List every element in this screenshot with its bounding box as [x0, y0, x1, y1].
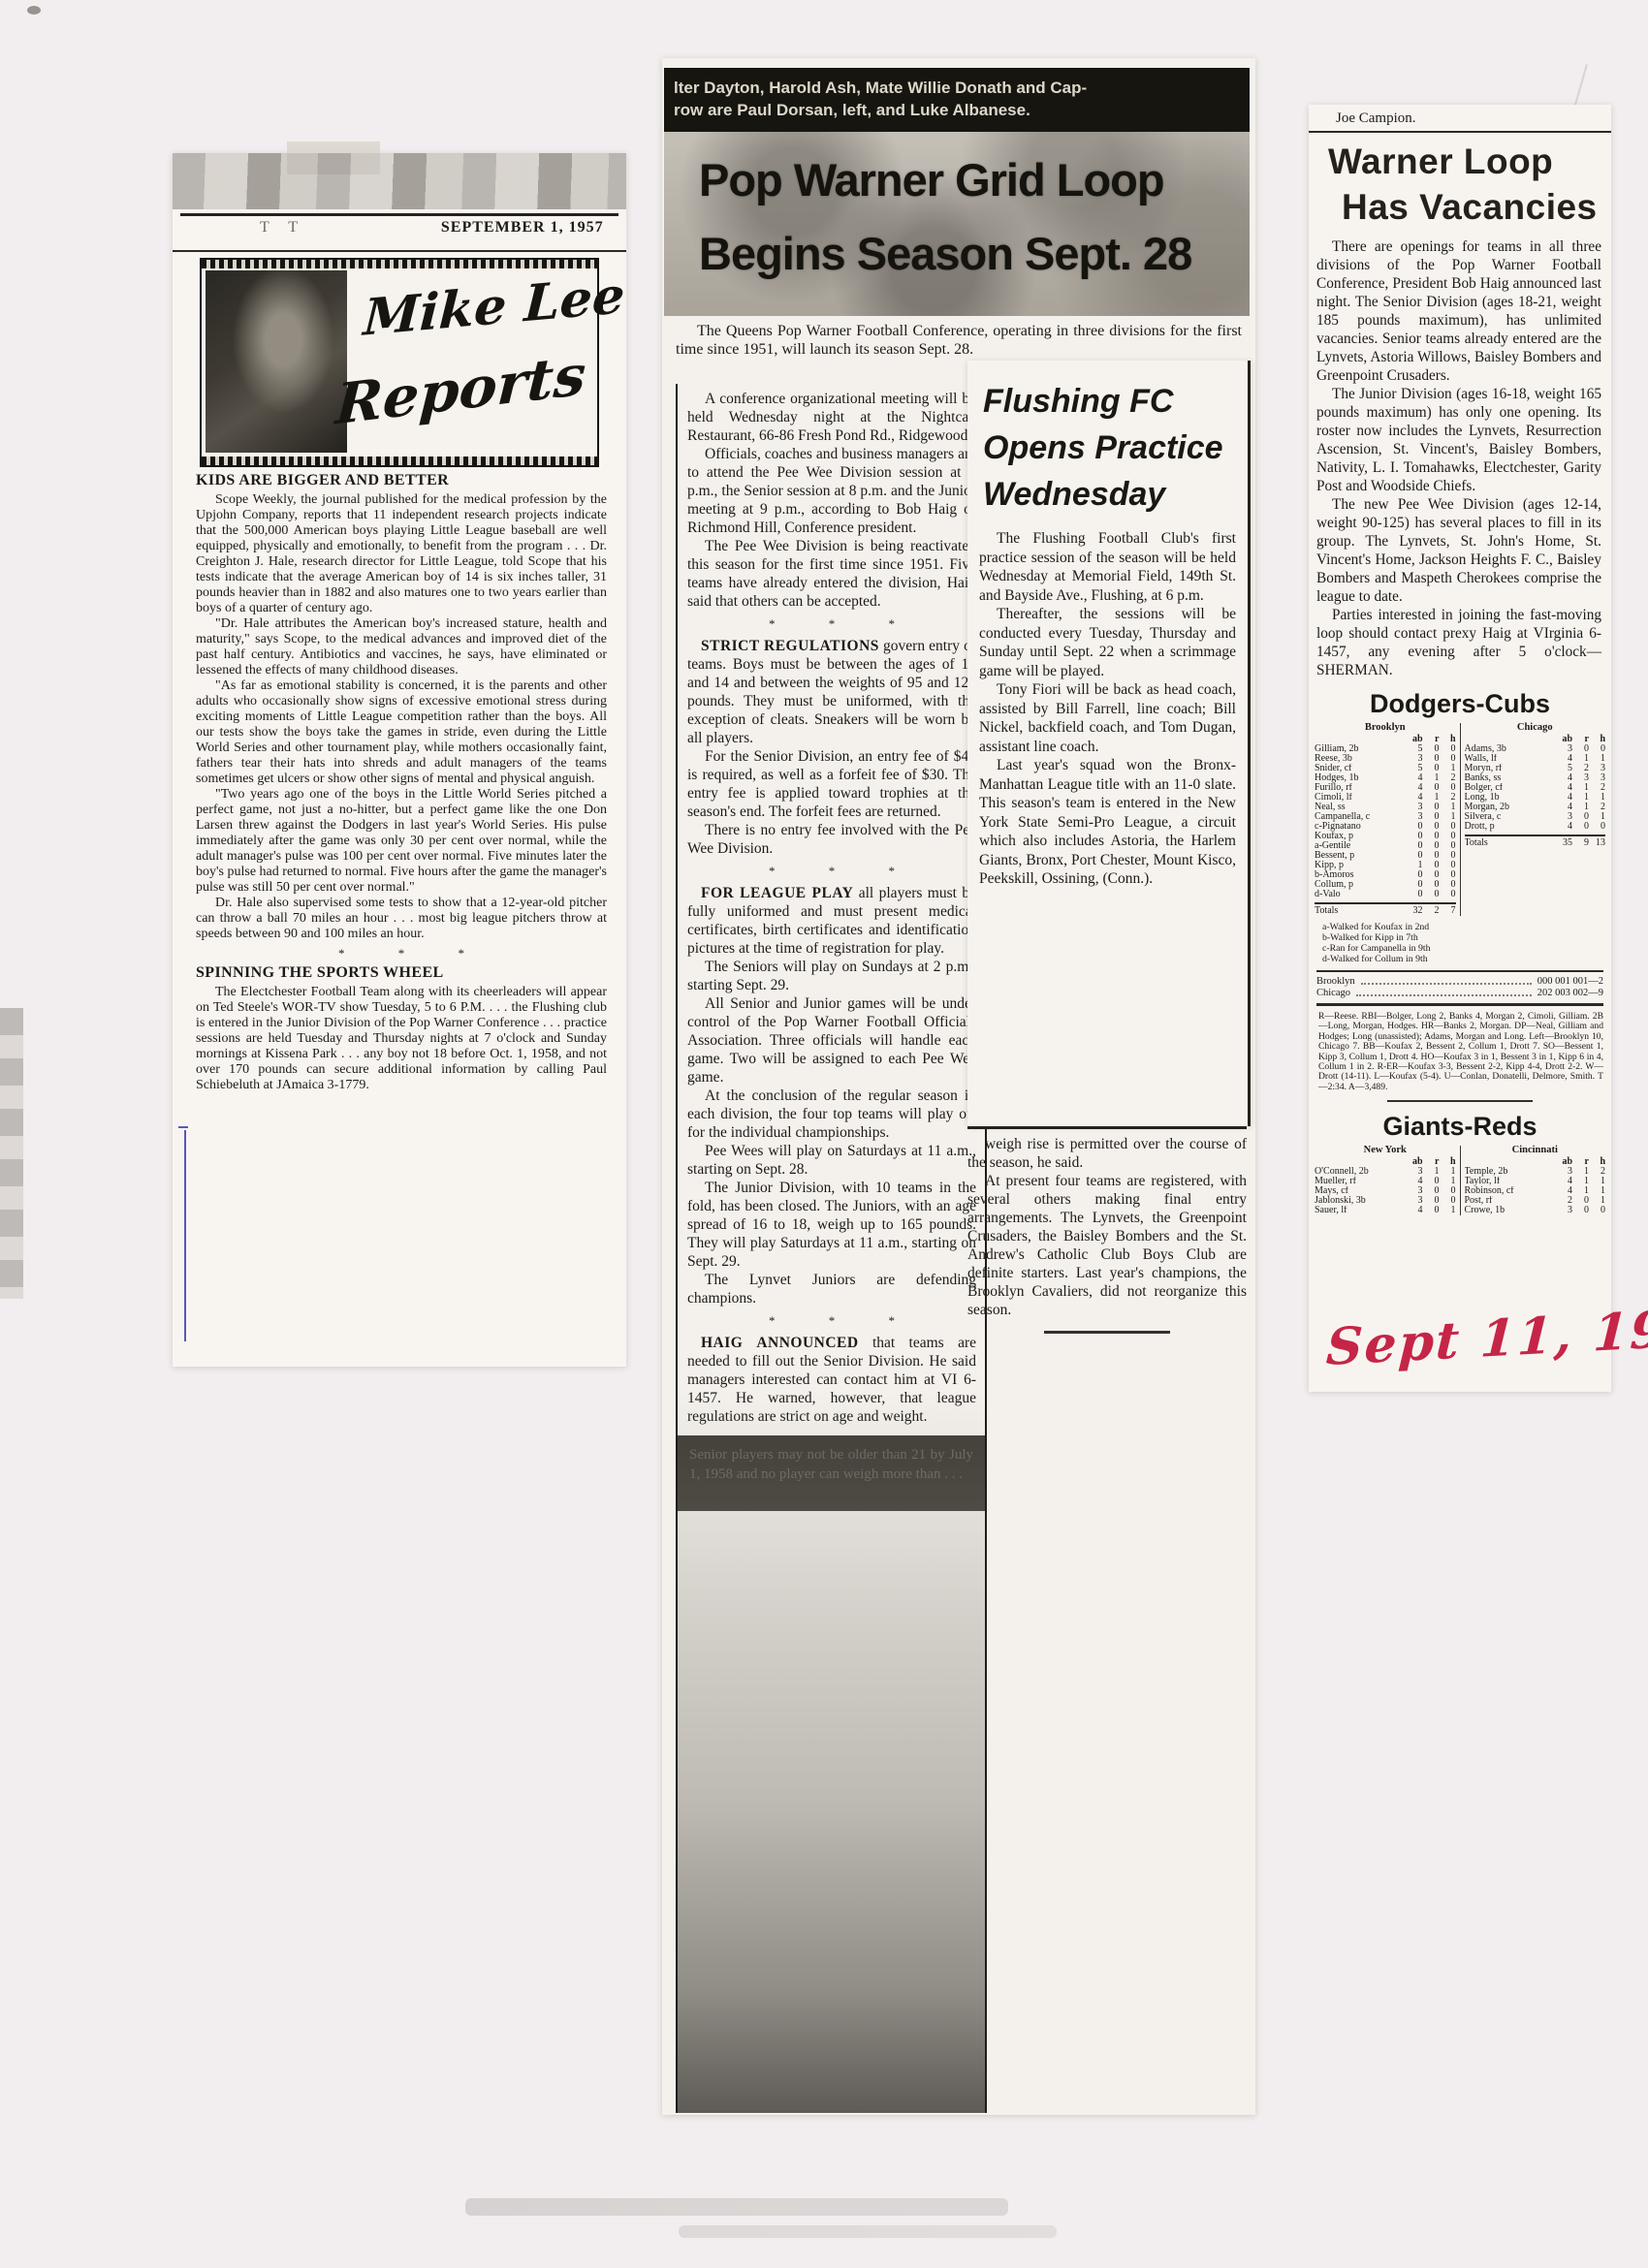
flushing-fc-clipping: Flushing FC Opens Practice Wednesday The…	[967, 361, 1251, 1126]
box-score-cell: Taylor, lf	[1465, 1177, 1557, 1186]
box-score-cell: Post, rf	[1465, 1196, 1557, 1206]
paragraph: Thereafter, the sessions will be conduct…	[979, 605, 1236, 680]
box-score-cell: Totals	[1315, 906, 1407, 916]
paragraph: HAIG ANNOUNCED that teams are needed to …	[687, 1334, 976, 1426]
paragraph: The Junior Division (ages 16-18, weight …	[1316, 385, 1601, 495]
rule	[967, 1126, 1247, 1129]
paragraph: The Lynvet Juniors are defending champio…	[687, 1271, 976, 1307]
box-score-cell: 0	[1572, 822, 1589, 832]
illegible-smudged-text: Senior players may not be older than 21 …	[678, 1435, 985, 1511]
box-score-row: Totals35913	[1465, 838, 1606, 848]
paragraph: STRICT REGULATIONS govern entry of teams…	[687, 637, 976, 747]
box-score-cell: 4	[1407, 1206, 1423, 1215]
team-name: Brooklyn	[1315, 723, 1456, 733]
box-score-cell: 4	[1556, 822, 1572, 832]
box-score-cell	[1315, 735, 1407, 744]
column-body: KIDS ARE BIGGER AND BETTER Scope Weekly,…	[196, 473, 607, 1093]
paragraph-lead: STRICT REGULATIONS	[701, 638, 879, 654]
box-score-cell: Brooklyn	[1316, 976, 1537, 988]
paragraph: There is no entry fee involved with the …	[687, 821, 976, 858]
caption-line1: lter Dayton, Harold Ash, Mate Willie Don…	[674, 77, 1250, 99]
paragraph: weigh rise is permitted over the course …	[967, 1135, 1247, 1172]
paragraph: Officials, coaches and business managers…	[687, 445, 976, 537]
box-score-home: Chicago abrh Adams, 3b300Walls, lf411Mor…	[1460, 723, 1606, 916]
section-divider-stars: * * *	[713, 614, 976, 633]
box-score-cell: 9	[1572, 838, 1589, 848]
headline-block: Flushing FC Opens Practice Wednesday	[967, 361, 1248, 523]
paragraph: "Two years ago one of the boys in the Li…	[196, 787, 607, 896]
box-score-cell: 0	[1589, 1206, 1605, 1215]
box-score-cell: Collum, p	[1315, 880, 1407, 890]
paragraph: The Junior Division, with 10 teams in th…	[687, 1179, 976, 1271]
masthead-title-line1: Mike Lee	[362, 266, 626, 347]
paragraph: There are openings for teams in all thre…	[1316, 237, 1601, 385]
box-score-cell: 000 001 001—2	[1537, 976, 1603, 988]
box-score-cell: b-Amoros	[1315, 870, 1407, 880]
paragraph: The new Pee Wee Division (ages 12-14, we…	[1316, 495, 1601, 606]
box-score-cell: 0	[1572, 1206, 1589, 1215]
article-body: There are openings for teams in all thre…	[1309, 230, 1611, 679]
hatch-border	[202, 260, 597, 268]
box-score-cell: Mueller, rf	[1315, 1177, 1407, 1186]
box-score-cell: Mays, cf	[1315, 1186, 1407, 1196]
box-score-cell: Jablonski, 3b	[1315, 1196, 1407, 1206]
rule	[1309, 131, 1611, 133]
note: b-Walked for Kipp in 7th	[1322, 932, 1601, 943]
paragraph-lead: FOR LEAGUE PLAY	[701, 885, 853, 901]
headline-line1: Warner Loop	[1328, 139, 1611, 184]
box-score-cell: Campanella, c	[1315, 812, 1407, 822]
date-header: SEPTEMBER 1, 1957	[173, 219, 604, 236]
box-score-rows: Gilliam, 2b500Reese, 3b300Snider, cf501H…	[1315, 744, 1456, 899]
box-score-cutoff: New York abrh O'Connell, 2b311Mueller, r…	[1309, 1142, 1611, 1256]
box-score-cell	[1465, 1157, 1557, 1167]
box-score-cell: Crowe, 1b	[1465, 1206, 1557, 1215]
paragraph: The Electchester Football Team along wit…	[196, 985, 607, 1093]
box-score-cell: 0	[1423, 1206, 1440, 1215]
box-score-cell	[1465, 735, 1557, 744]
box-score-row: Drott, p400	[1465, 822, 1606, 832]
box-score-cell: Cimoli, lf	[1315, 793, 1407, 803]
box-score-row: Crowe, 1b300	[1465, 1206, 1606, 1215]
box-score-cell: 2	[1423, 906, 1440, 916]
box-score-row: Totals3227	[1315, 906, 1456, 916]
box-score-cell: 202 003 002—9	[1537, 988, 1603, 999]
paragraph: For the Senior Division, an entry fee of…	[687, 747, 976, 821]
box-score-row: Brooklyn000 001 001—2	[1316, 976, 1603, 988]
hatch-border	[202, 457, 597, 465]
team-name: Chicago	[1465, 723, 1606, 733]
paragraph: Scope Weekly, the journal published for …	[196, 492, 607, 616]
box-score-cell: Hodges, 1b	[1315, 773, 1407, 783]
section-heading: SPINNING THE SPORTS WHEEL	[196, 965, 607, 981]
scan-smudge	[679, 2225, 1057, 2238]
section-divider-stars: * * *	[713, 862, 976, 880]
headline-block: Pop Warner Grid Loop Begins Season Sept.…	[664, 132, 1250, 316]
box-score-cell: Bolger, cf	[1465, 783, 1557, 793]
scan-edge-marks	[0, 1008, 23, 1299]
box-score-cell: Koufax, p	[1315, 832, 1407, 841]
column-masthead: Mike Lee Reports	[200, 258, 599, 467]
paragraph: "As far as emotional stability is concer…	[196, 678, 607, 787]
mike-lee-reports-clipping: T T SEPTEMBER 1, 1957 Mike Lee Reports K…	[173, 153, 626, 1367]
scan-smudge	[465, 2198, 1008, 2216]
paragraph: "Dr. Hale attributes the American boy's …	[196, 616, 607, 678]
box-score-cell: Reese, 3b	[1315, 754, 1407, 764]
box-score-cell: 0	[1440, 890, 1456, 899]
box-score-cell: Temple, 2b	[1465, 1167, 1557, 1177]
box-score-cell: 0	[1407, 890, 1423, 899]
paragraph: Parties interested in joining the fast-m…	[1316, 606, 1601, 679]
headline-line1: Flushing FC	[983, 378, 1248, 425]
box-score-cell: Sauer, lf	[1315, 1206, 1407, 1215]
game-summary: R—Reese. RBI—Bolger, Long 2, Banks 4, Mo…	[1309, 1006, 1611, 1092]
box-score-cell: a-Gentile	[1315, 841, 1407, 851]
box-score-title: Dodgers-Cubs	[1309, 689, 1611, 719]
box-score-cell: Long, 1b	[1465, 793, 1557, 803]
article-column: A conference organizational meeting will…	[676, 384, 987, 2113]
box-score-home: Cincinnati abrh Temple, 2b312Taylor, lf4…	[1460, 1146, 1606, 1215]
headline-line1: Pop Warner Grid Loop	[699, 153, 1164, 206]
box-score-away: New York abrh O'Connell, 2b311Mueller, r…	[1315, 1146, 1460, 1215]
intro-paragraph: The Queens Pop Warner Football Conferenc…	[676, 322, 1242, 359]
headline-block: Warner Loop Has Vacancies	[1309, 139, 1611, 230]
box-score-cell: 7	[1440, 906, 1456, 916]
note: c-Ran for Campanella in 9th	[1322, 943, 1601, 954]
box-score-totals: Totals35913	[1465, 835, 1606, 848]
box-score-cell: 32	[1407, 906, 1423, 916]
box-score-cell: Furillo, rf	[1315, 783, 1407, 793]
section-divider-stars: * * *	[221, 946, 607, 961]
blue-pen-mark	[184, 1130, 186, 1341]
box-score-cell: Moryn, rf	[1465, 764, 1557, 773]
team-name: New York	[1315, 1146, 1456, 1155]
paragraph: All Senior and Junior games will be unde…	[687, 994, 976, 1087]
box-score-cell: Kipp, p	[1315, 861, 1407, 870]
rule	[173, 250, 626, 252]
box-score-cell: Banks, ss	[1465, 773, 1557, 783]
rule	[180, 213, 618, 216]
box-score-cell: Walls, lf	[1465, 754, 1557, 764]
paragraph: At present four teams are registered, wi…	[967, 1172, 1247, 1319]
box-score-totals: Totals3227	[1315, 902, 1456, 916]
box-score-cell: Snider, cf	[1315, 764, 1407, 773]
section-heading: KIDS ARE BIGGER AND BETTER	[196, 473, 607, 488]
box-score-cell: Silvera, c	[1465, 812, 1557, 822]
article-column-continuation: weigh rise is permitted over the course …	[967, 1126, 1247, 1334]
paragraph: Last year's squad won the Bronx-Manhatta…	[979, 756, 1236, 889]
box-score-cell: Neal, ss	[1315, 803, 1407, 812]
box-score-cell: Drott, p	[1465, 822, 1557, 832]
box-score-notes: a-Walked for Koufax in 2nd b-Walked for …	[1309, 916, 1611, 964]
box-score-cell: c-Pignatano	[1315, 822, 1407, 832]
headline-line2: Opens Practice	[983, 425, 1248, 471]
paragraph-lead: HAIG ANNOUNCED	[701, 1335, 859, 1351]
box-score-cell: 3	[1556, 1206, 1572, 1215]
box-score-cell: Adams, 3b	[1465, 744, 1557, 754]
warner-loop-clipping: Joe Campion. Warner Loop Has Vacancies T…	[1309, 105, 1611, 1392]
box-score-cell: Gilliam, 2b	[1315, 744, 1407, 754]
box-score-cell: O'Connell, 2b	[1315, 1167, 1407, 1177]
scanned-scrapbook-page: T T SEPTEMBER 1, 1957 Mike Lee Reports K…	[0, 0, 1648, 2268]
box-score-cell: Chicago	[1316, 988, 1537, 999]
box-score-cell: Robinson, cf	[1465, 1186, 1557, 1196]
box-score-rows: Adams, 3b300Walls, lf411Moryn, rf523Bank…	[1465, 744, 1606, 832]
section-divider-stars: * * *	[713, 1311, 976, 1330]
box-score-cell: d-Valo	[1315, 890, 1407, 899]
box-score-cell	[1315, 1157, 1407, 1167]
paragraph: At the conclusion of the regular season …	[687, 1087, 976, 1142]
box-score-row: d-Valo000	[1315, 890, 1456, 899]
paragraph: The Seniors will play on Sundays at 2 p.…	[687, 958, 976, 994]
columnist-photo	[206, 270, 347, 453]
box-score: New York abrh O'Connell, 2b311Mueller, r…	[1309, 1142, 1611, 1215]
box-score-row: Sauer, lf401	[1315, 1206, 1456, 1215]
box-score-away: Brooklyn abrh Gilliam, 2b500Reese, 3b300…	[1315, 723, 1460, 916]
box-score-cell: Bessent, p	[1315, 851, 1407, 861]
paragraph: Tony Fiori will be back as head coach, a…	[979, 680, 1236, 756]
headline-line2: Has Vacancies	[1328, 184, 1611, 230]
box-score-row: Chicago202 003 002—9	[1316, 988, 1603, 999]
box-score-rows: O'Connell, 2b311Mueller, rf401Mays, cf30…	[1315, 1167, 1456, 1215]
article-body: The Flushing Football Club's first pract…	[967, 523, 1248, 889]
photo-caption-band: lter Dayton, Harold Ash, Mate Willie Don…	[664, 68, 1250, 132]
end-rule	[1044, 1331, 1170, 1334]
box-score-cell: Morgan, 2b	[1465, 803, 1557, 812]
box-score-cell: 0	[1589, 822, 1605, 832]
caption-line2: row are Paul Dorsan, left, and Luke Alba…	[674, 99, 1250, 121]
paragraph: The Pee Wee Division is being reactivate…	[687, 537, 976, 611]
box-score-title: Giants-Reds	[1309, 1112, 1611, 1142]
team-name: Cincinnati	[1465, 1146, 1606, 1155]
box-score: Brooklyn abrh Gilliam, 2b500Reese, 3b300…	[1309, 719, 1611, 916]
paragraph: Dr. Hale also supervised some tests to s…	[196, 896, 607, 942]
box-score-cell: 35	[1556, 838, 1572, 848]
paragraph: The Flushing Football Club's first pract…	[979, 529, 1236, 605]
box-score-cell: 13	[1589, 838, 1605, 848]
line-score: Brooklyn000 001 001—2Chicago202 003 002—…	[1316, 970, 1603, 1006]
box-score-rows: Temple, 2b312Taylor, lf411Robinson, cf41…	[1465, 1167, 1606, 1215]
masthead-title-line2: Reports	[333, 342, 587, 437]
headline-line3: Wednesday	[983, 471, 1248, 518]
box-score-cell: 0	[1423, 890, 1440, 899]
byline: Joe Campion.	[1309, 105, 1611, 129]
note: a-Walked for Koufax in 2nd	[1322, 922, 1601, 932]
box-score-cell: Totals	[1465, 838, 1557, 848]
paragraph: Pee Wees will play on Saturdays at 11 a.…	[687, 1142, 976, 1179]
paragraph: FOR LEAGUE PLAY all players must be full…	[687, 884, 976, 958]
box-score-cell: 1	[1440, 1206, 1456, 1215]
ink-speck	[27, 6, 41, 15]
note: d-Walked for Collum in 9th	[1322, 954, 1601, 964]
torn-newsprint-band	[173, 153, 626, 209]
paragraph: A conference organizational meeting will…	[687, 390, 976, 445]
headline-line2: Begins Season Sept. 28	[699, 227, 1191, 280]
rule	[1387, 1100, 1533, 1102]
